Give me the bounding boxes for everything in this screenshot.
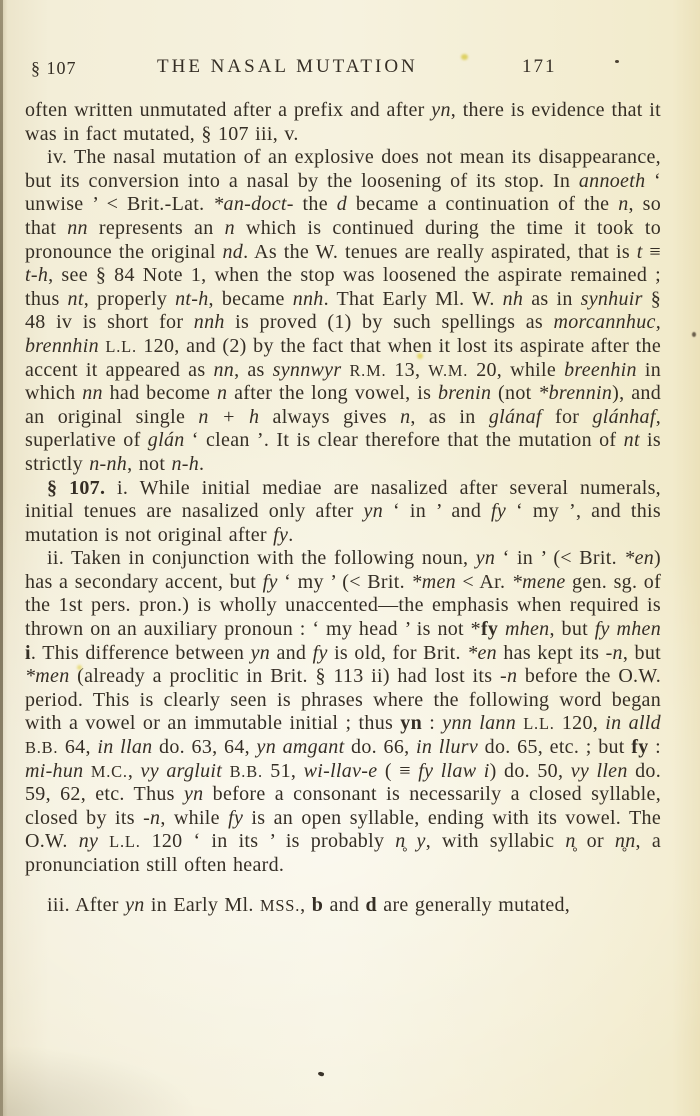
- text-segment: *brennin: [538, 382, 612, 404]
- text-segment: B.B.: [25, 738, 58, 757]
- text-segment: nd: [223, 241, 244, 263]
- running-title: THE NASAL MUTATION: [157, 56, 418, 78]
- text-segment: *men: [411, 571, 456, 593]
- text-segment: nnh: [293, 288, 324, 310]
- text-segment: 20, while: [468, 359, 564, 381]
- text-segment: mhen: [505, 618, 550, 640]
- text-segment: yn: [400, 712, 422, 734]
- text-segment: , properly: [84, 288, 175, 310]
- text-segment: glánhaf: [592, 406, 655, 428]
- text-segment: 51,: [263, 760, 304, 782]
- text-segment: , as: [234, 359, 273, 381]
- text-segment: , while: [160, 807, 228, 829]
- text-segment: yn: [251, 642, 270, 664]
- text-segment: *en: [624, 547, 654, 569]
- text-segment: :: [422, 712, 442, 734]
- text-segment: yn amgant: [257, 736, 345, 758]
- text-segment: W.M.: [428, 361, 468, 380]
- text-segment: glánaf: [489, 406, 542, 428]
- text-segment: n-nh: [89, 453, 127, 475]
- text-segment: do. 63, 64,: [152, 736, 256, 758]
- text-segment: § 107.: [47, 477, 105, 499]
- text-segment: fy: [631, 736, 648, 758]
- text-segment: 120,: [555, 712, 606, 734]
- text-segment: , but: [549, 618, 594, 640]
- text-segment: in llan: [97, 736, 152, 758]
- text-segment: yn: [125, 894, 144, 916]
- ink-speck: [615, 60, 619, 63]
- text-segment: after the long vowel, is: [227, 382, 438, 404]
- text-segment: and: [270, 642, 313, 664]
- para-107-ii: ii. Taken in conjunction with the follow…: [25, 547, 661, 877]
- text-segment: in Early Ml.: [145, 894, 260, 916]
- page-number: 171: [522, 56, 557, 78]
- text-segment: d: [337, 193, 347, 215]
- text-segment: , with syllabic: [426, 830, 566, 852]
- text-segment: synnwyr: [273, 359, 342, 381]
- text-segment: fy mhen: [595, 618, 661, 640]
- text-segment: , but: [623, 642, 661, 664]
- ink-speck: [692, 332, 696, 337]
- text-segment: :: [649, 736, 661, 758]
- text-segment: , not: [127, 453, 171, 475]
- text-segment: do. 65, etc. ; but: [478, 736, 631, 758]
- text-segment: [98, 830, 109, 852]
- text-segment: n̥n: [615, 830, 636, 852]
- text-segment: n̥ y: [395, 830, 425, 852]
- text-segment: d: [366, 894, 377, 916]
- text-segment: fy: [273, 524, 288, 546]
- text-segment: do. 66,: [344, 736, 416, 758]
- text-segment: and: [323, 894, 365, 916]
- text-segment: *an-doct-: [213, 193, 293, 215]
- text-segment: ‘ in ’ and: [383, 500, 491, 522]
- text-segment: ) do. 50,: [490, 760, 571, 782]
- book-page-scan: § 107 THE NASAL MUTATION 171 often writt…: [0, 0, 700, 1116]
- text-segment: breenhin: [564, 359, 637, 381]
- text-segment: ny: [79, 830, 98, 852]
- text-segment: represents an: [88, 217, 225, 239]
- text-segment: [498, 618, 505, 640]
- text-segment: 64,: [58, 736, 97, 758]
- para-107-iii: iii. After yn in Early Ml. MSS., b and d…: [25, 894, 661, 918]
- text-segment: [222, 760, 229, 782]
- paper-stain: [461, 54, 468, 60]
- text-segment: . This difference between: [31, 642, 251, 664]
- text-segment: n: [225, 217, 235, 239]
- text-segment: annoeth: [579, 170, 646, 192]
- text-segment: M.C.: [91, 762, 128, 781]
- text-segment: ii. Taken in conjunction with the follow…: [47, 547, 476, 569]
- text-segment: [83, 760, 90, 782]
- text-segment: became a continuation of the: [347, 193, 618, 215]
- text-segment: n: [217, 382, 227, 404]
- text-segment: yn: [364, 500, 383, 522]
- text-segment: < Ar.: [456, 571, 512, 593]
- text-segment: mi-hun: [25, 760, 83, 782]
- text-segment: ≡: [643, 241, 661, 263]
- text-segment: is proved (1) by such spellings as: [225, 311, 554, 333]
- paper-stain: [77, 665, 82, 670]
- text-segment: n: [400, 406, 410, 428]
- para-continuation: often written unmutated after a prefix a…: [25, 99, 661, 146]
- text-segment: ‘ my ’ (< Brit.: [278, 571, 412, 593]
- text-segment: L.L.: [109, 832, 140, 851]
- text-segment: 120 ‘ in its ’ is probably: [141, 830, 396, 852]
- text-segment: as in: [523, 288, 580, 310]
- text-segment: for: [542, 406, 593, 428]
- text-segment: fy: [491, 500, 506, 522]
- text-segment: b: [312, 894, 323, 916]
- para-107-i: § 107. i. While initial mediae are nasal…: [25, 477, 661, 548]
- text-segment: *men: [25, 665, 70, 687]
- text-segment: yn: [431, 99, 450, 121]
- text-segment: ‘ in ’ (< Brit.: [495, 547, 624, 569]
- text-segment: L.L.: [523, 714, 554, 733]
- text-segment: glán: [148, 429, 185, 451]
- ink-speck: [317, 1071, 324, 1077]
- text-segment: fy: [228, 807, 243, 829]
- text-segment: (not: [491, 382, 538, 404]
- page-header: § 107 THE NASAL MUTATION 171: [0, 56, 700, 82]
- text-segment: n: [613, 642, 623, 664]
- text-segment: nh: [503, 288, 524, 310]
- page-body: often written unmutated after a prefix a…: [25, 99, 661, 917]
- text-segment: B.B.: [230, 762, 263, 781]
- text-segment: n: [507, 665, 517, 687]
- section-number: § 107: [31, 58, 77, 79]
- text-segment: iv. The nasal mutation of an explosive d…: [25, 146, 661, 192]
- text-segment: brenin: [438, 382, 491, 404]
- text-segment: nnh: [194, 311, 225, 333]
- text-segment: has kept its -: [497, 642, 613, 664]
- text-segment: fy: [313, 642, 328, 664]
- text-segment: the: [294, 193, 337, 215]
- text-segment: nn: [67, 217, 88, 239]
- text-segment: , became: [209, 288, 293, 310]
- text-segment: nn: [213, 359, 234, 381]
- text-segment: had become: [103, 382, 217, 404]
- text-segment: or: [576, 830, 615, 852]
- text-segment: R.M.: [349, 361, 386, 380]
- text-segment: *mene: [512, 571, 566, 593]
- text-segment: ,: [128, 760, 141, 782]
- text-segment: ( ≡: [377, 760, 418, 782]
- text-segment: often written unmutated after a prefix a…: [25, 99, 431, 121]
- text-segment: , as in: [410, 406, 488, 428]
- text-segment: . That Early Ml. W.: [324, 288, 503, 310]
- paper-stain: [417, 353, 423, 359]
- text-segment: n-h: [171, 453, 199, 475]
- text-segment: synhuir: [581, 288, 643, 310]
- text-segment: L.L.: [105, 337, 136, 356]
- text-segment: (already a proclitic in Brit. § 113 ii) …: [70, 665, 507, 687]
- text-segment: nt: [68, 288, 84, 310]
- text-segment: MSS.: [260, 896, 300, 915]
- text-segment: t-h: [25, 264, 48, 286]
- text-segment: . As the W. tenues are really aspirated,…: [243, 241, 637, 263]
- text-segment: is old, for Brit.: [328, 642, 468, 664]
- text-segment: iii. After: [47, 894, 125, 916]
- text-segment: *en: [467, 642, 497, 664]
- text-segment: are generally mutated,: [377, 894, 570, 916]
- text-segment: fy: [481, 618, 498, 640]
- text-segment: wi-llav-e: [304, 760, 378, 782]
- text-segment: n̥: [565, 830, 575, 852]
- text-segment: n: [150, 807, 160, 829]
- text-segment: in alld: [605, 712, 661, 734]
- text-segment: fy llaw i: [418, 760, 489, 782]
- text-segment: vy argluit: [141, 760, 223, 782]
- text-segment: ynn lann: [442, 712, 516, 734]
- text-segment: .: [199, 453, 204, 475]
- text-segment: ‘ clean ’. It is clear therefore that th…: [185, 429, 624, 451]
- text-segment: yn: [476, 547, 495, 569]
- text-segment: vy llen: [571, 760, 628, 782]
- text-segment: n: [618, 193, 628, 215]
- text-segment: fy: [263, 571, 278, 593]
- text-segment: nn: [82, 382, 103, 404]
- text-segment: always gives: [259, 406, 400, 428]
- text-segment: in llurv: [416, 736, 478, 758]
- text-segment: .: [288, 524, 293, 546]
- text-segment: nt: [624, 429, 640, 451]
- text-segment: 13,: [386, 359, 428, 381]
- text-segment: nt-h: [175, 288, 208, 310]
- text-segment: n + h: [198, 406, 259, 428]
- text-segment: yn: [184, 783, 203, 805]
- para-iv: iv. The nasal mutation of an explosive d…: [25, 146, 661, 476]
- text-segment: ,: [300, 894, 312, 916]
